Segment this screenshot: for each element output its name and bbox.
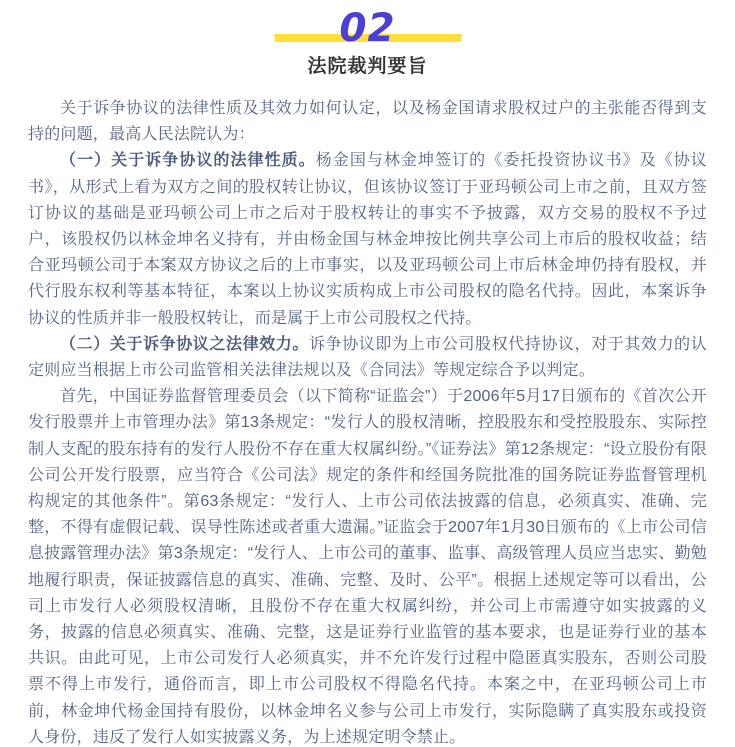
section-number: 02 — [335, 6, 399, 51]
article-page: 02 法院裁判要旨 关于诉争协议的法律性质及其效力如何认定，以及杨金国请求股权过… — [0, 0, 735, 747]
article-body: 关于诉争协议的法律性质及其效力如何认定，以及杨金国请求股权过户的主张能否得到支持… — [0, 80, 735, 747]
paragraph-text: 关于诉争协议的法律性质及其效力如何认定，以及杨金国请求股权过户的主张能否得到支持… — [28, 100, 707, 143]
paragraph-text: 杨金国与林金坤签订的《委托投资协议书》及《协议书》，从形式上看为双方之间的股权转… — [28, 152, 707, 326]
paragraph: 首先，中国证券监督管理委员会（以下简称“证监会”）于2006年5月17日颁布的《… — [28, 384, 707, 747]
paragraph-lead: （一）关于诉争协议的法律性质。 — [60, 152, 316, 169]
paragraph: （一）关于诉争协议的法律性质。杨金国与林金坤签订的《委托投资协议书》及《协议书》… — [28, 148, 707, 331]
paragraph-lead: （二）关于诉争协议之法律效力。 — [60, 336, 309, 353]
paragraph-text: 首先，中国证券监督管理委员会（以下简称“证监会”）于2006年5月17日颁布的《… — [28, 388, 707, 746]
paragraph: （二）关于诉争协议之法律效力。诉争协议即为上市公司股权代持协议，对于其效力的认定… — [28, 332, 707, 384]
section-header: 02 法院裁判要旨 — [0, 0, 735, 80]
section-title: 法院裁判要旨 — [0, 53, 735, 80]
section-number-block: 02 — [335, 7, 399, 50]
paragraph: 关于诉争协议的法律性质及其效力如何认定，以及杨金国请求股权过户的主张能否得到支持… — [28, 96, 707, 148]
